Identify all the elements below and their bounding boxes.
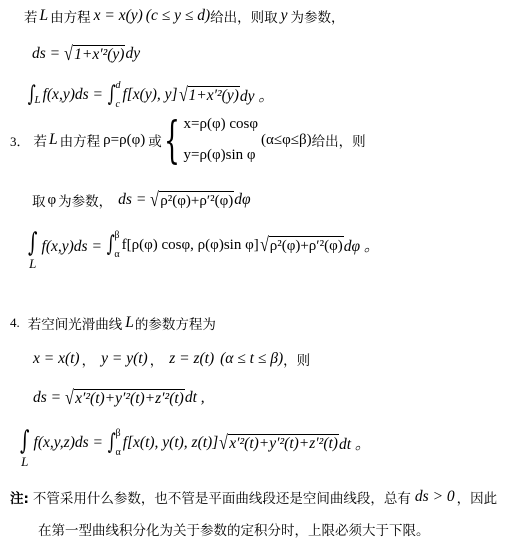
range: (α ≤ t ≤ β) <box>220 350 283 368</box>
integral-icon: ∫ <box>107 234 115 256</box>
case-4-integral: ∫L f(x,y,z)ds = ∫βα f[x(t), y(t), z(t)] … <box>18 428 370 468</box>
polar-equation: ρ=ρ(φ) <box>103 132 145 149</box>
note-line-1: 注: 不管采用什么参数，也不管是平面曲线段还是空间曲线段，总有 ds > 0 ，… <box>10 487 497 507</box>
brace-icon: { <box>164 115 180 165</box>
range: (α≤φ≤β) <box>261 132 312 149</box>
integral-lhs: f(x,y)ds = <box>43 86 103 104</box>
sqrt-icon: √ <box>64 44 73 64</box>
integral-end: dφ 。 <box>344 234 380 256</box>
text: 为参数， <box>291 6 345 26</box>
separator: ， <box>82 349 96 369</box>
integral-icon: ∫ <box>108 432 116 454</box>
text: 的参数方程为 <box>135 313 216 333</box>
sqrt: √ρ²(φ)+ρ′²(φ) <box>149 190 234 210</box>
sqrt-icon: √ <box>260 235 269 255</box>
integral-icon: ∫ <box>20 428 29 454</box>
case-4-ds-formula: ds = √x′²(t)+y′²(t)+z′²(t) dt , <box>33 388 205 408</box>
integral-icon: ∫ <box>28 230 37 256</box>
text: 给出，则取 <box>210 6 278 26</box>
equation-x: x = x(t) <box>33 350 80 368</box>
equation-system: { x=ρ(φ) cosφ y=ρ(φ)sin φ <box>162 115 258 165</box>
sqrt-body: x′²(t)+y′²(t)+z′²(t) <box>74 389 185 408</box>
integral-end: dt 。 <box>339 432 370 454</box>
integral-icon: ∫ <box>28 84 36 106</box>
range: (c ≤ y ≤ d) <box>146 7 210 25</box>
definite-integral: ∫βα <box>105 230 120 260</box>
integral-icon: ∫ <box>108 84 116 106</box>
sqrt: √x′²(t)+y′²(t)+z′²(t) <box>218 433 339 453</box>
system-y: y=ρ(φ)sin φ <box>184 147 259 164</box>
curve-symbol: L <box>125 314 134 332</box>
case-3-intro: 3． 若 L 由方程 ρ=ρ(φ) 或 { x=ρ(φ) cosφ y=ρ(φ)… <box>10 115 366 165</box>
parameter: y <box>281 7 288 25</box>
sqrt-body: ρ²(φ)+ρ′²(φ) <box>159 191 234 210</box>
sqrt-body: ρ²(φ)+ρ′²(φ) <box>269 236 344 255</box>
integral-sub: L <box>29 258 36 270</box>
ds-rhs: dy <box>125 45 140 63</box>
integral-end: dy 。 <box>240 84 274 106</box>
sqrt-icon: √ <box>65 388 74 408</box>
case-y-ds-formula: ds = √1+x′²(y) dy <box>32 44 140 64</box>
sqrt: √x′²(t)+y′²(t)+z′²(t) <box>64 388 185 408</box>
ds-lhs: ds = <box>32 45 60 63</box>
text: 取 <box>32 190 46 210</box>
sqrt-body: x′²(t)+y′²(t)+z′²(t) <box>228 434 339 453</box>
lower-limit: c <box>115 99 120 110</box>
upper-limit: β <box>115 428 120 439</box>
text: 若 <box>24 6 38 26</box>
case-4-intro: 4. 若空间光滑曲线 L 的参数方程为 <box>10 313 216 333</box>
integrand: f[x(y), y] <box>122 86 177 104</box>
note-line-2: 在第一型曲线积分化为关于参数的定积分时，上限必须大于下限。 <box>38 519 430 539</box>
text: 为参数， <box>58 190 112 210</box>
integral-lhs: f(x,y)ds = <box>42 238 102 256</box>
text: 若空间光滑曲线 <box>28 313 123 333</box>
curve-symbol: L <box>49 131 58 149</box>
text: 由方程 <box>60 130 101 150</box>
curve-symbol: L <box>40 7 49 25</box>
sqrt: √1+x′²(y) <box>178 85 240 105</box>
ds-lhs: ds = <box>33 389 61 407</box>
integral-lhs: f(x,y,z)ds = <box>34 434 103 452</box>
integral-sub: L <box>21 456 28 468</box>
equation: x = x(y) <box>94 7 143 25</box>
case-y-intro: 若 L 由方程 x = x(y) (c ≤ y ≤ d) 给出，则取 y 为参数… <box>24 6 345 26</box>
note-label: 注: <box>10 487 29 507</box>
text: 或 <box>148 130 162 150</box>
note-text: 在第一型曲线积分化为关于参数的定积分时，上限必须大于下限。 <box>38 519 430 539</box>
sqrt-icon: √ <box>179 85 188 105</box>
text: 给出，则 <box>312 130 366 150</box>
text: 由方程 <box>50 6 91 26</box>
separator: ， <box>150 349 164 369</box>
ds-rhs: dφ <box>234 191 250 209</box>
integrand: f[x(t), y(t), z(t)] <box>123 434 219 452</box>
sqrt: √1+x′²(y) <box>63 44 125 64</box>
integrand: f[ρ(φ) cosφ, ρ(φ)sin φ] <box>122 237 259 254</box>
line-integral: ∫L <box>26 84 41 106</box>
equation-z: z = z(t) <box>169 350 214 368</box>
item-number: 4. <box>10 315 20 331</box>
ds-rhs: dt , <box>185 389 205 407</box>
system-x: x=ρ(φ) cosφ <box>184 116 259 133</box>
sqrt: √ρ²(φ)+ρ′²(φ) <box>259 235 344 255</box>
equation-y: y = y(t) <box>101 350 148 368</box>
lower-limit: α <box>115 447 120 458</box>
ds-lhs: ds = <box>118 191 146 209</box>
sqrt-icon: √ <box>219 433 228 453</box>
case-3-integral: ∫L f(x,y)ds = ∫βα f[ρ(φ) cosφ, ρ(φ)sin φ… <box>26 230 379 270</box>
sqrt-icon: √ <box>150 190 159 210</box>
condition: ds > 0 <box>415 488 455 506</box>
sqrt-body: 1+x′²(y) <box>188 86 240 105</box>
line-integral: ∫L <box>26 230 40 270</box>
definite-integral: ∫dc <box>106 80 120 110</box>
item-number: 3． <box>10 131 30 150</box>
note-text: ，因此 <box>457 487 498 507</box>
definite-integral: ∫βα <box>106 428 121 458</box>
upper-limit: d <box>115 80 120 91</box>
lower-limit: α <box>114 249 119 260</box>
parameter: φ <box>48 192 57 209</box>
case-4-equations: x = x(t) ， y = y(t) ， z = z(t) (α ≤ t ≤ … <box>33 349 310 369</box>
case-3-param: 取 φ 为参数， ds = √ρ²(φ)+ρ′²(φ) dφ <box>32 190 251 210</box>
note-text: 不管采用什么参数，也不管是平面曲线段还是空间曲线段，总有 <box>33 487 411 507</box>
case-y-integral: ∫L f(x,y)ds = ∫dc f[x(y), y] √1+x′²(y) d… <box>26 80 274 110</box>
upper-limit: β <box>114 230 119 241</box>
sqrt-body: 1+x′²(y) <box>73 45 125 64</box>
text: ，则 <box>283 349 310 369</box>
line-integral: ∫L <box>18 428 32 468</box>
text: 若 <box>34 130 48 150</box>
